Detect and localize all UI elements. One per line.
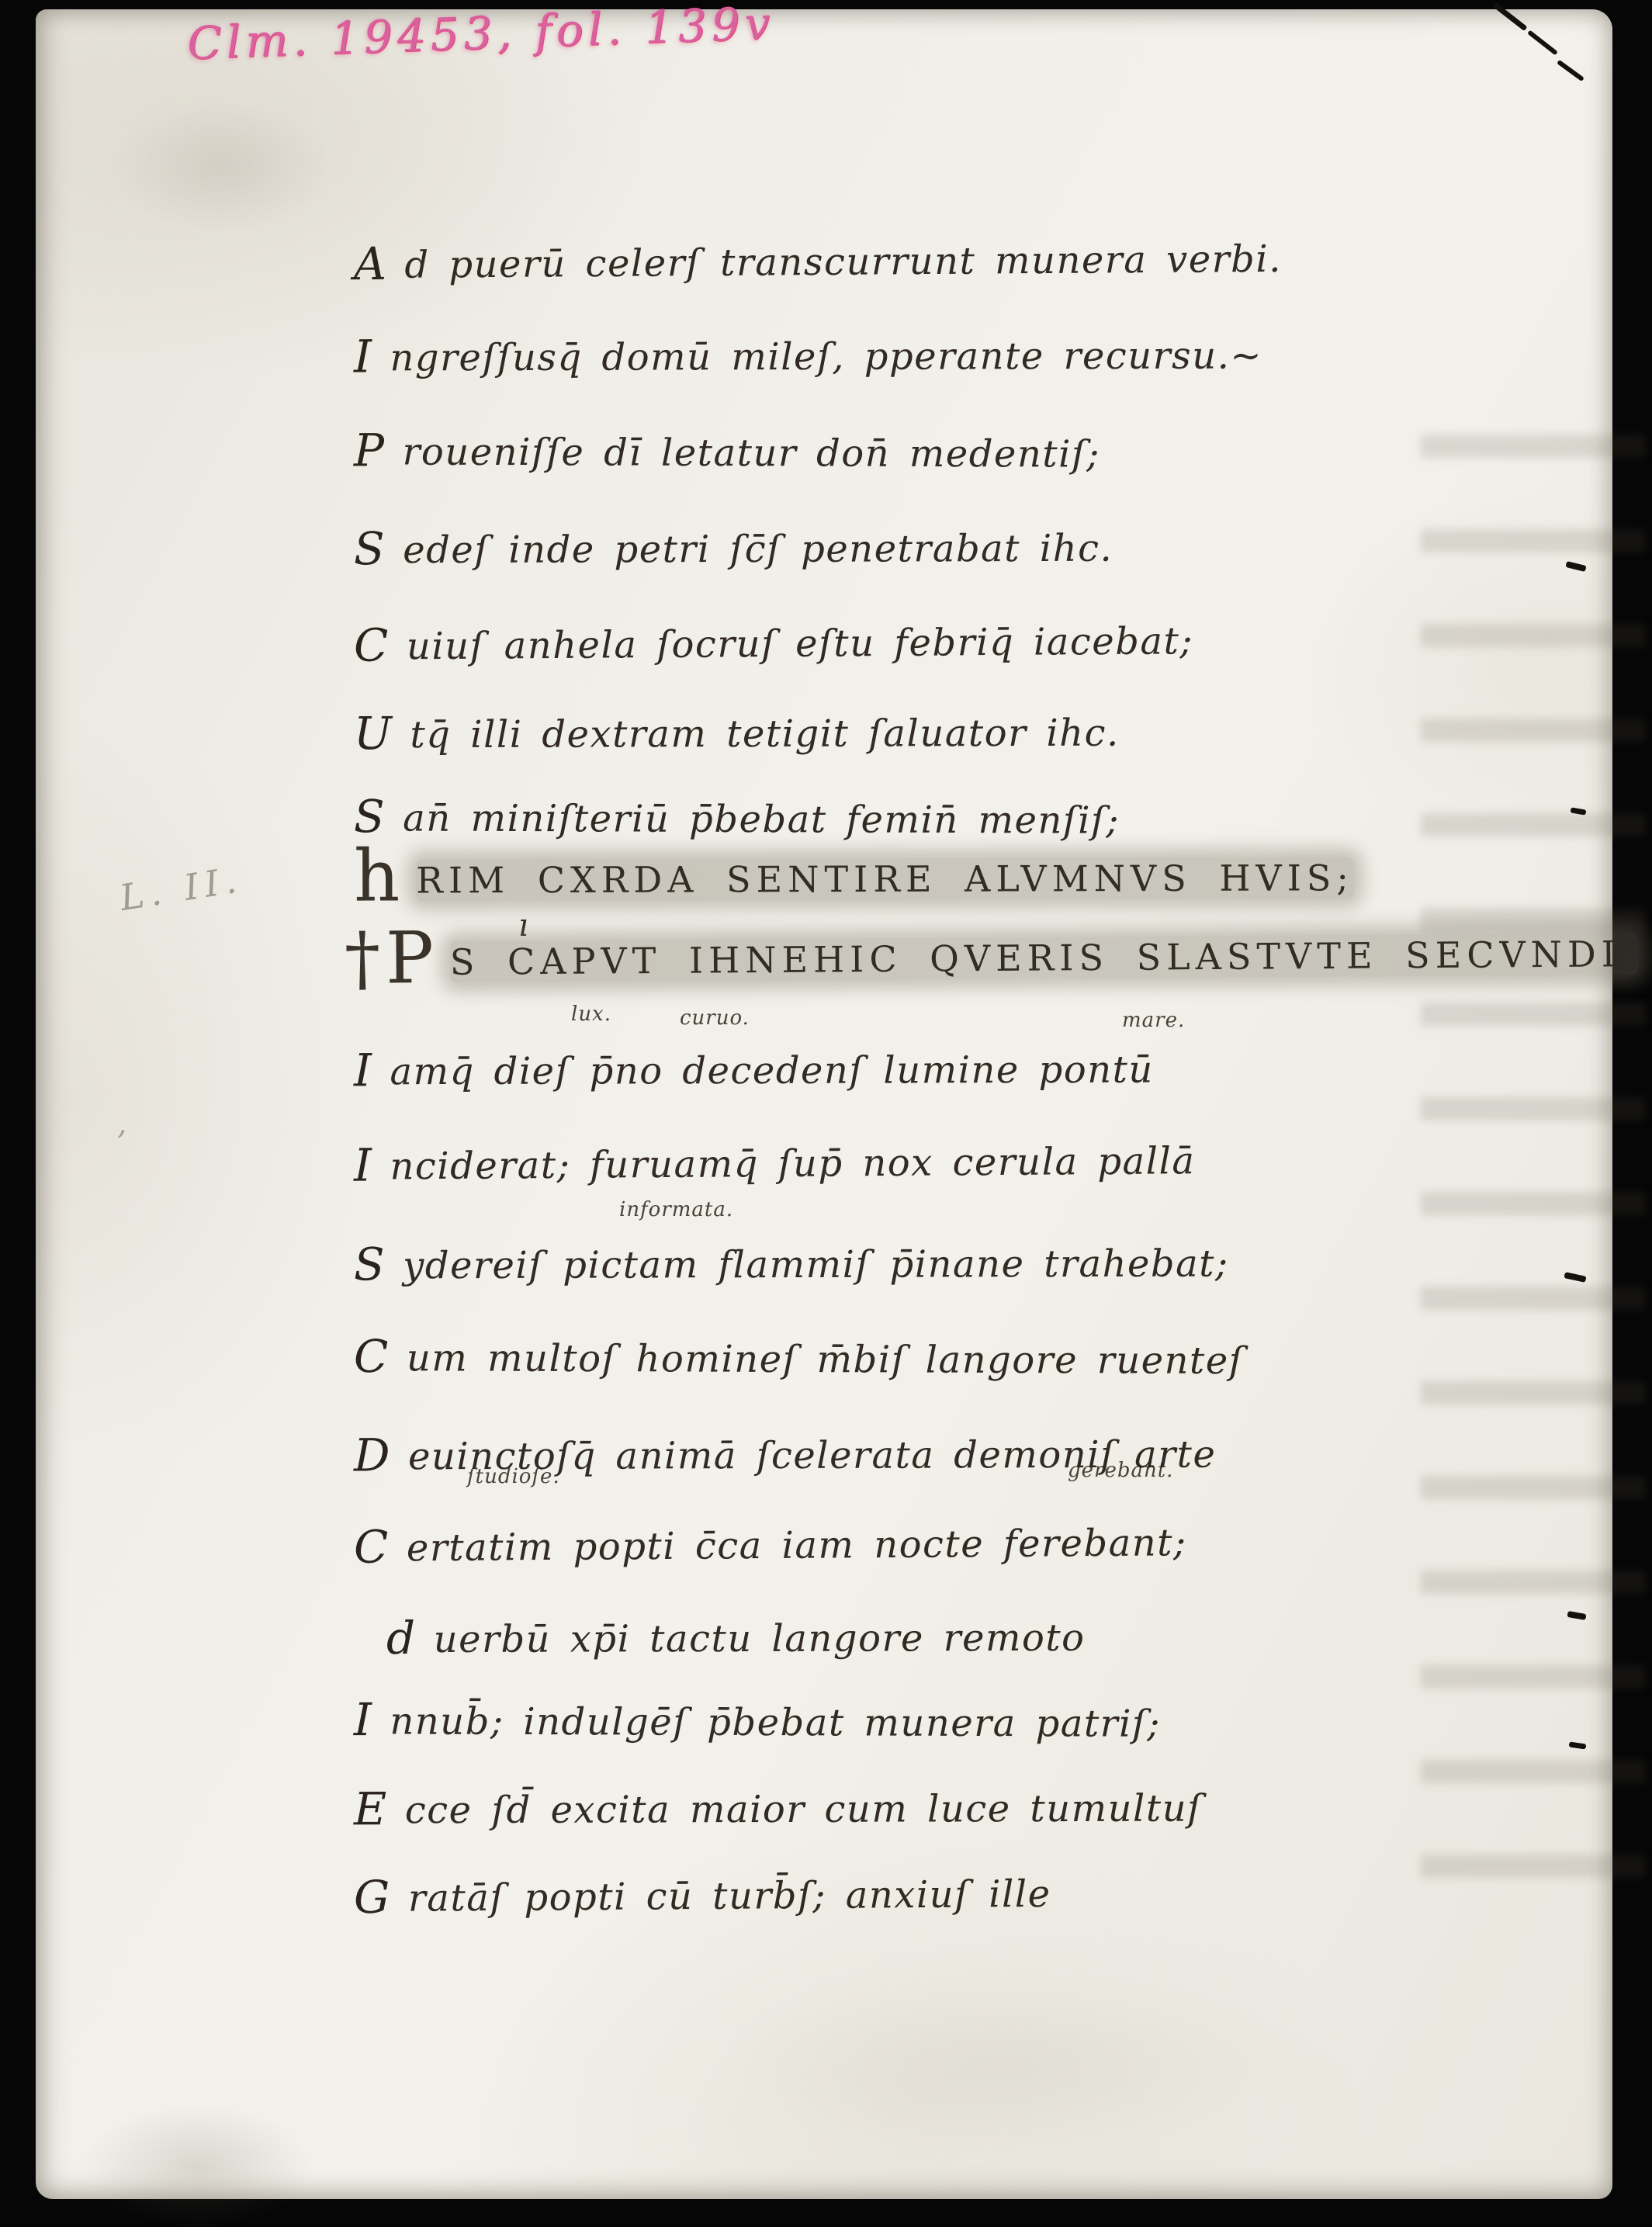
verse-line-8: Iamq̄ dieſ p̄no decedenſ lumine pontū — [354, 1041, 1154, 1096]
parchment-stain — [109, 102, 334, 234]
verse-text: ratāſ popti cū turb̄ſ; anxiuſ ille — [408, 1872, 1051, 1920]
photo-background: Clm. 19453, fol. 139v L. II. ı ’ Ad puer… — [0, 0, 1652, 2227]
verse-initial: C — [354, 618, 390, 671]
capital-line-1: hRIM CXRDA SENTIRE ALVMNVS HVIS; — [354, 857, 1354, 901]
verse-line-1: Ad puerū celerſ transcurrunt munera verb… — [354, 230, 1282, 289]
verse-initial: d — [386, 1612, 417, 1664]
verse-text: nnub̄; indulgēſ p̄bebat munera patriſ; — [390, 1699, 1161, 1745]
corrector-letter: ı — [518, 908, 528, 944]
expunged-capitals: RIM CXRDA SENTIRE ALVMNVS HVIS; — [416, 857, 1354, 901]
parchment-stain — [734, 1980, 1277, 2151]
verse-text: d puerū celerſ transcurrunt munera verbi… — [404, 237, 1282, 287]
shelfmark-annotation: Clm. 19453, fol. 139v — [186, 0, 809, 70]
verse-line-7: San̄ miniſteriū p̄bebat femin̄ menſiſ; — [354, 788, 1120, 843]
verse-initial: G — [354, 1871, 391, 1924]
verse-line-17: Gratāſ popti cū turb̄ſ; anxiuſ ille — [354, 1865, 1051, 1922]
verse-line-12: Deuinctoſq̄ animā ſcelerata demoniſ arte — [354, 1425, 1217, 1481]
verse-initial: I — [354, 330, 373, 383]
verse-text: an̄ miniſteriū p̄bebat femin̄ menſiſ; — [403, 796, 1120, 842]
parchment-stain — [82, 2104, 315, 2227]
verse-text: uerbū xp̄i tactu langore remoto — [434, 1616, 1086, 1661]
verse-line-3: Proueniſſe dī letatur don̄ medentiſ; — [354, 422, 1100, 477]
verse-initial: P — [354, 424, 386, 476]
verse-initial: E — [354, 1782, 388, 1835]
verse-line-5: Cuiuſ anhela ſocruſ eſtu febriq̄ iacebat… — [354, 611, 1193, 670]
verse-initial: D — [354, 1429, 391, 1481]
verse-line-13: Certatim popti c̄ca iam nocte ferebant; — [354, 1513, 1187, 1571]
margin-note-liber: L. II. — [117, 858, 245, 919]
verse-line-16: Ecce ſd̄ excita maior cum luce tumultuſ — [354, 1779, 1203, 1834]
manuscript-page: Clm. 19453, fol. 139v L. II. ı ’ Ad puer… — [36, 9, 1612, 2199]
verse-line-2: Ingreſſusq̄ domū mileſ, pperante recursu… — [354, 326, 1262, 381]
verse-text: ertatim popti c̄ca iam nocte ferebant; — [407, 1521, 1187, 1570]
interlinear-gloss: informata. — [619, 1198, 733, 1221]
verse-line-6: Utq̄ illi dextram tetigit ſaluator ihc. — [354, 704, 1120, 759]
verse-text: roueniſſe dī letatur don̄ medentiſ; — [402, 431, 1100, 476]
interlinear-gloss: mare. — [1122, 1009, 1185, 1032]
verse-text: edeſ inde petri ſc̄ſ penetrabat ihc. — [403, 527, 1113, 572]
margin-tick: ’ — [116, 1125, 126, 1161]
verse-line-4: Sedeſ inde petri ſc̄ſ penetrabat ihc. — [354, 519, 1113, 574]
verse-initial: S — [354, 1238, 386, 1290]
verse-line-9: Inciderat; furuamq̄ ſup̄ nox cerula pall… — [354, 1131, 1196, 1190]
verse-line-10: Sydereiſ pictam flammiſ p̄inane trahebat… — [354, 1235, 1229, 1290]
verse-initial: I — [354, 1693, 373, 1746]
verse-text: amq̄ dieſ p̄no decedenſ lumine pontū — [390, 1048, 1154, 1094]
verso-bleedthrough — [1421, 374, 1646, 1918]
verse-initial: C — [354, 1330, 390, 1383]
verse-initial: A — [354, 237, 388, 290]
verse-text: ngreſſusq̄ domū mileſ, pperante recursu.… — [390, 334, 1262, 379]
verse-line-14: duerbū xp̄i tactu langore remoto — [386, 1609, 1086, 1663]
verse-initial: I — [354, 1044, 373, 1096]
verse-initial: S — [354, 522, 386, 575]
interlinear-gloss: lux. — [571, 1003, 611, 1026]
verse-line-15: Innub̄; indulgēſ p̄bebat munera patriſ; — [354, 1692, 1161, 1747]
verse-text: ydereiſ pictam flammiſ p̄inane trahebat; — [403, 1242, 1229, 1288]
verse-text: cce ſd̄ excita maior cum luce tumultuſ — [405, 1787, 1203, 1833]
verse-text: tq̄ illi dextram tetigit ſaluator ihc. — [410, 712, 1119, 757]
verse-text: nciderat; furuamq̄ ſup̄ nox cerula pallā — [390, 1139, 1195, 1188]
verse-initial: I — [354, 1139, 373, 1192]
interlinear-gloss: curuo. — [680, 1006, 750, 1030]
verse-text: uiuſ anhela ſocruſ eſtu febriq̄ iacebat; — [407, 619, 1193, 668]
verse-initial: U — [354, 707, 393, 760]
capital-initial: †P — [345, 958, 439, 959]
verse-text: euinctoſq̄ animā ſcelerata demoniſ arte — [408, 1433, 1216, 1479]
verse-initial: C — [354, 1520, 390, 1573]
verse-line-11: Cum multoſ homineſ m̄biſ langore ruenteſ — [354, 1328, 1244, 1384]
verse-text: um multoſ homineſ m̄biſ langore ruenteſ — [407, 1336, 1244, 1383]
